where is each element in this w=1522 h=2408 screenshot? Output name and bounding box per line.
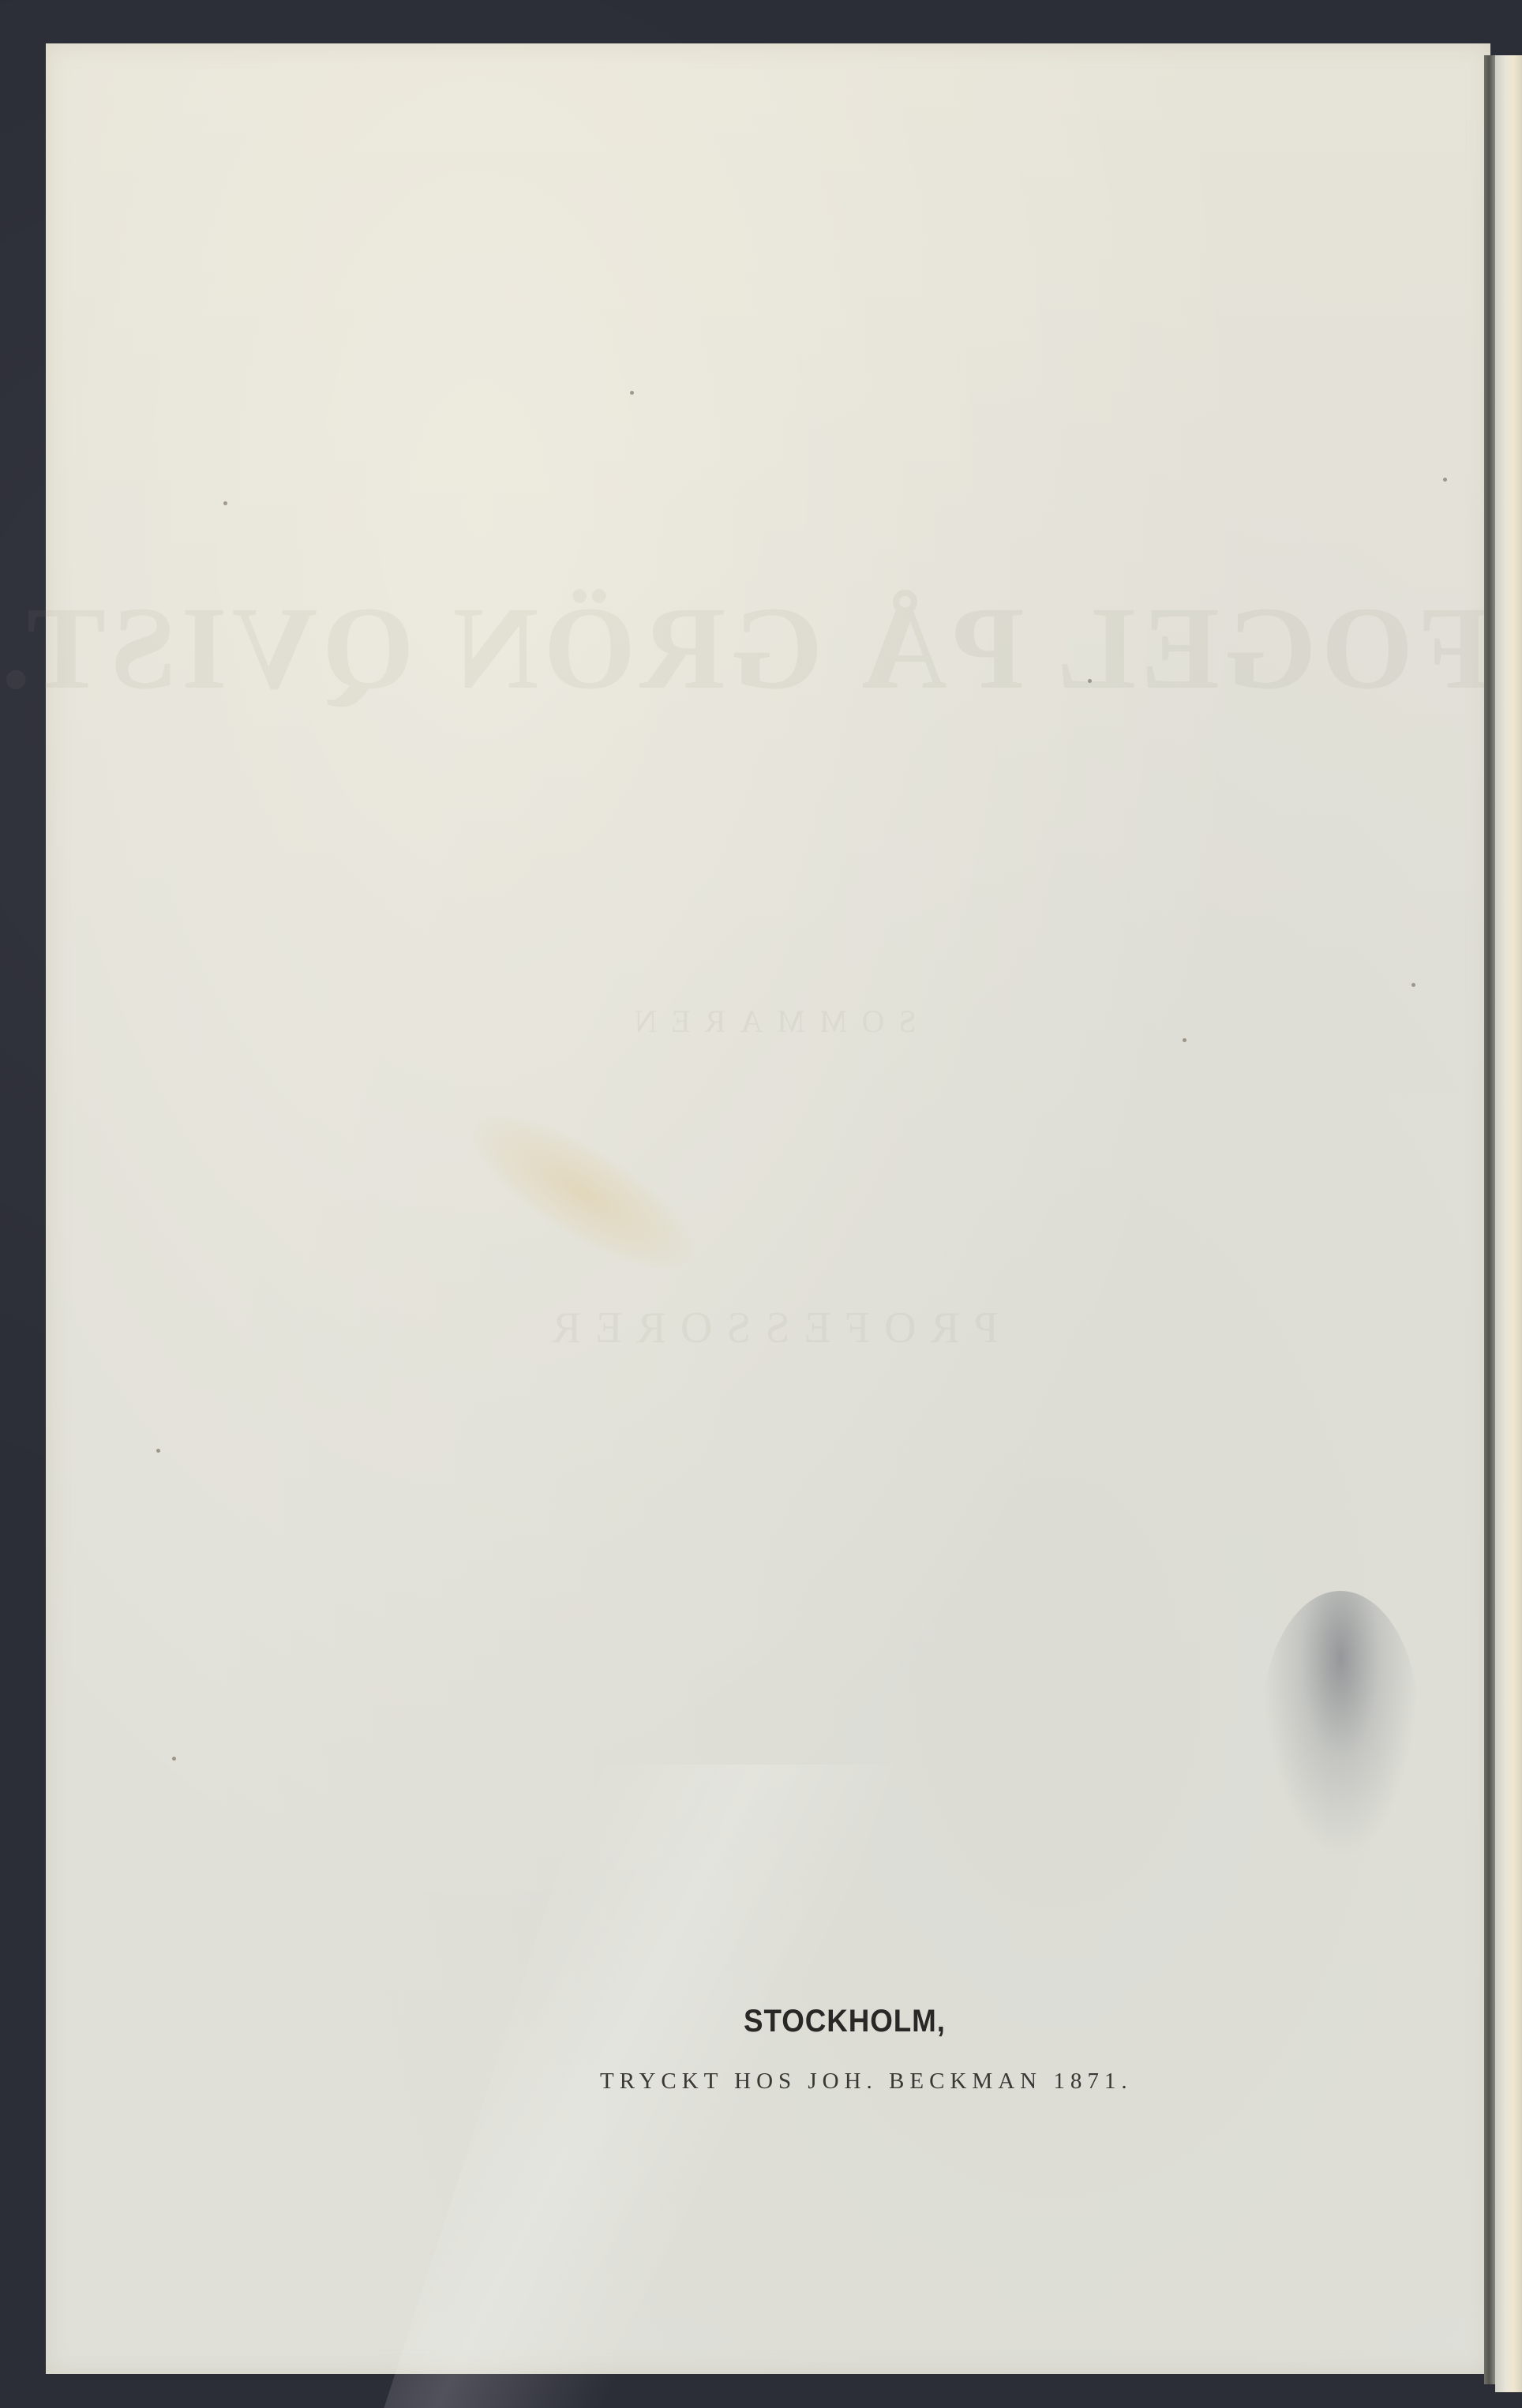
grey-ink-smudge: [1261, 1591, 1419, 1859]
paper-speck: [156, 1449, 160, 1453]
paper-speck: [1411, 983, 1415, 987]
show-through-line-2: SOMMAREN: [46, 1003, 1490, 1040]
spine-gutter: [1484, 55, 1495, 2384]
show-through-title: FOGEL PÅ GRÖN QVIST.: [46, 580, 1490, 716]
paper-speck: [630, 391, 634, 395]
paper-speck: [1183, 1038, 1186, 1042]
paper-speck: [1088, 679, 1092, 683]
paper-speck: [223, 501, 227, 505]
show-through-line-3: PROFESSORER: [46, 1303, 1490, 1353]
yellow-stain: [452, 1089, 713, 1296]
paper-speck: [1443, 478, 1447, 482]
next-page-edge: [1495, 55, 1522, 2392]
imprint-printer-line: TRYCKT HOS JOH. BECKMAN 1871.: [600, 2069, 1310, 2095]
paper-speck: [172, 1757, 176, 1761]
imprint-city: STOCKHOLM,: [744, 2004, 889, 2039]
